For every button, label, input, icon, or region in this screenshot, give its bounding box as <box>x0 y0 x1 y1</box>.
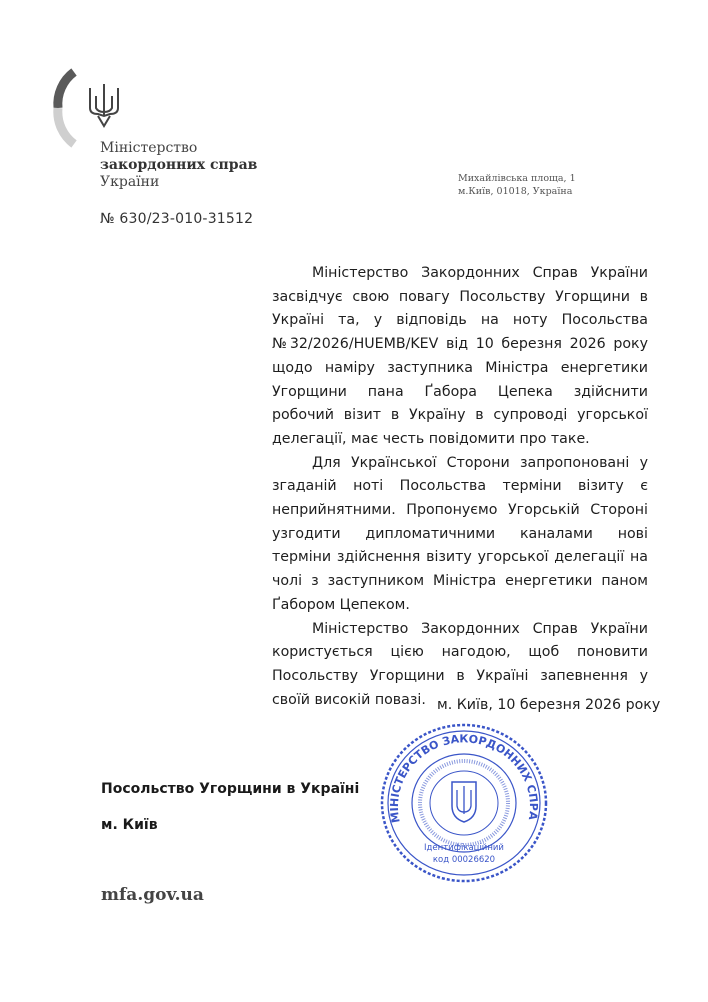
trident-icon <box>86 82 122 128</box>
ministry-name: Міністерство закордонних справ України <box>100 140 257 191</box>
svg-text:Ідентифікаційний: Ідентифікаційний <box>424 843 504 853</box>
date-place: м. Київ, 10 березня 2026 року <box>437 697 660 713</box>
official-stamp-icon: МІНІСТЕРСТВО ЗАКОРДОННИХ СПРАВ УКРАЇНИ І… <box>378 722 550 884</box>
ministry-line-1: Міністерство <box>100 140 257 157</box>
recipient-city: м. Київ <box>101 817 158 833</box>
note-body: Міністерство Закордонних Справ України з… <box>272 262 648 712</box>
address-line-1: Михайлівська площа, 1 <box>458 172 576 185</box>
recipient-name: Посольство Угорщини в Україні <box>101 781 359 797</box>
paragraph-1: Міністерство Закордонних Справ України з… <box>272 262 648 452</box>
svg-text:код 00026620: код 00026620 <box>433 855 495 865</box>
registration-number: № 630/23-010-31512 <box>100 211 253 227</box>
ministry-line-2: закордонних справ <box>100 157 257 174</box>
ministry-address: Михайлівська площа, 1 м.Київ, 01018, Укр… <box>458 172 576 198</box>
website-link[interactable]: mfa.gov.ua <box>101 885 204 905</box>
paragraph-2: Для Української Сторони запропоновані у … <box>272 452 648 618</box>
address-line-2: м.Київ, 01018, Україна <box>458 185 576 198</box>
ministry-line-3: України <box>100 174 257 191</box>
